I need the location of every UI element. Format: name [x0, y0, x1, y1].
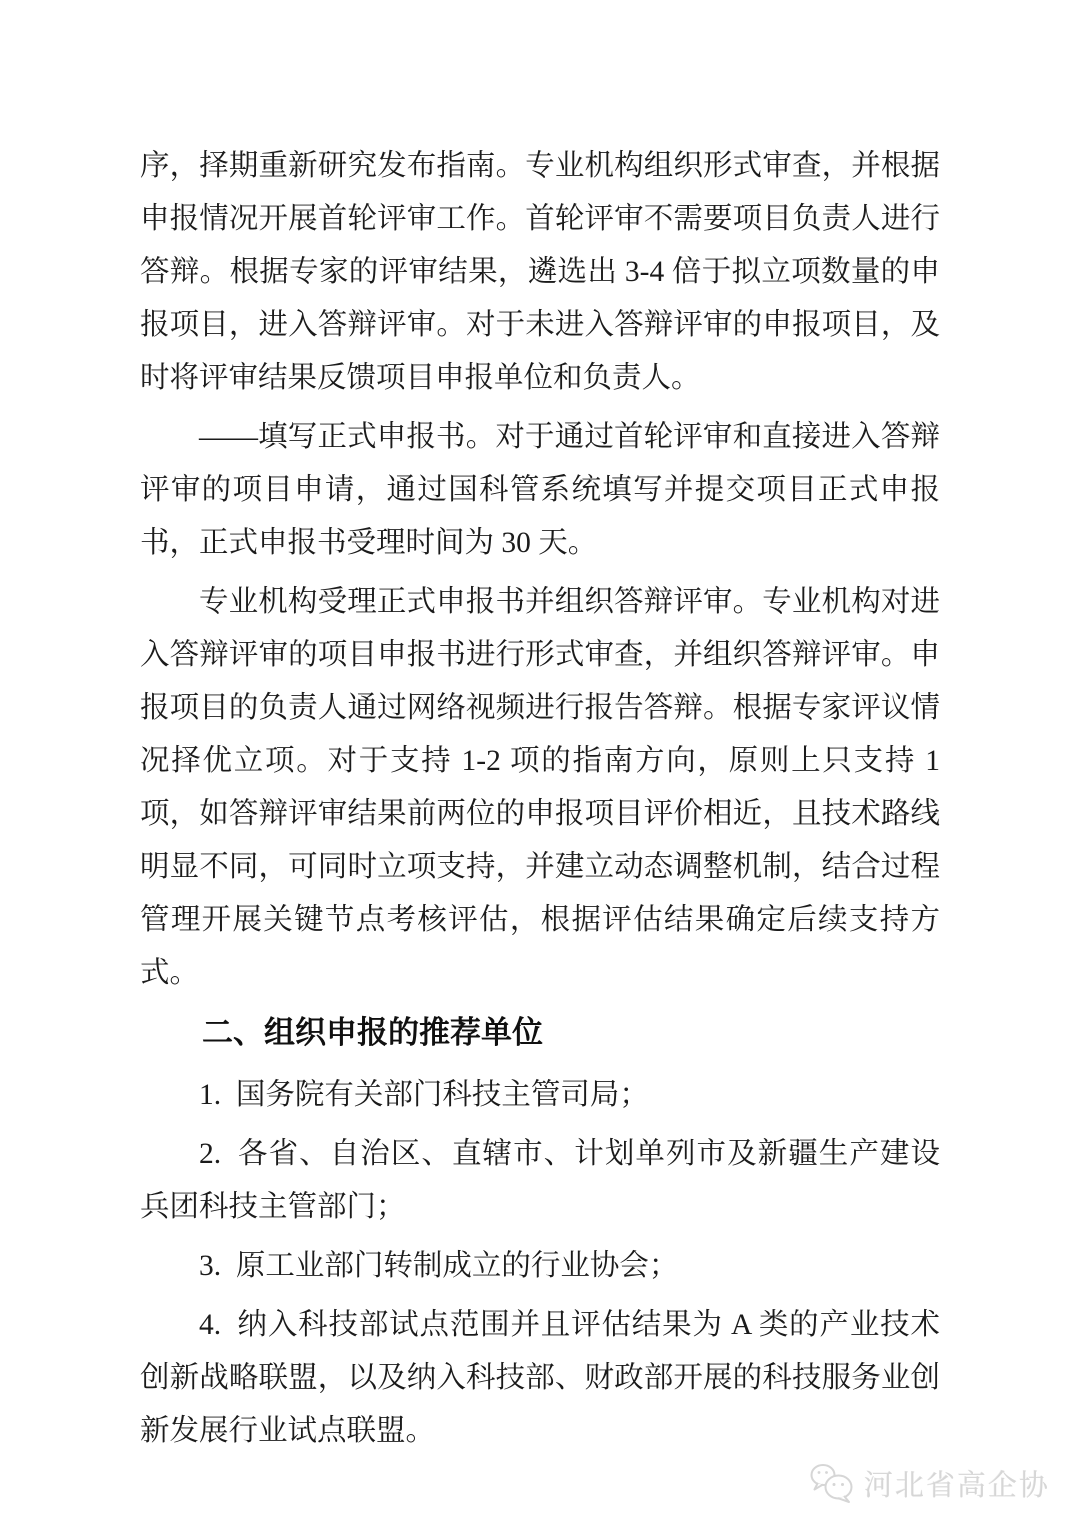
watermark-label: 河北省高企协 [864, 1463, 1050, 1504]
wechat-icon [808, 1462, 856, 1504]
document-page: 序，择期重新研究发布指南。专业机构组织形式审查，并根据申报情况开展首轮评审工作。… [0, 0, 1080, 1528]
paragraph-formal-application: ——填写正式申报书。对于通过首轮评审和直接进入答辩评审的项目申请，通过国科管系统… [140, 411, 940, 570]
paragraph-review-process: 序，择期重新研究发布指南。专业机构组织形式审查，并根据申报情况开展首轮评审工作。… [140, 140, 940, 405]
document-body: 序，择期重新研究发布指南。专业机构组织形式审查，并根据申报情况开展首轮评审工作。… [140, 140, 940, 1464]
list-item-3: 3. 原工业部门转制成立的行业协会； [140, 1240, 940, 1293]
section-heading-recommending-units: 二、组织申报的推荐单位 [140, 1006, 940, 1059]
paragraph-defense-review: 专业机构受理正式申报书并组织答辩评审。专业机构对进入答辩评审的项目申报书进行形式… [140, 576, 940, 1000]
list-item-4: 4. 纳入科技部试点范围并且评估结果为 A 类的产业技术创新战略联盟，以及纳入科… [140, 1299, 940, 1458]
watermark: 河北省高企协 [808, 1462, 1050, 1504]
list-item-2: 2. 各省、自治区、直辖市、计划单列市及新疆生产建设兵团科技主管部门； [140, 1128, 940, 1234]
list-item-1: 1. 国务院有关部门科技主管司局； [140, 1069, 940, 1122]
